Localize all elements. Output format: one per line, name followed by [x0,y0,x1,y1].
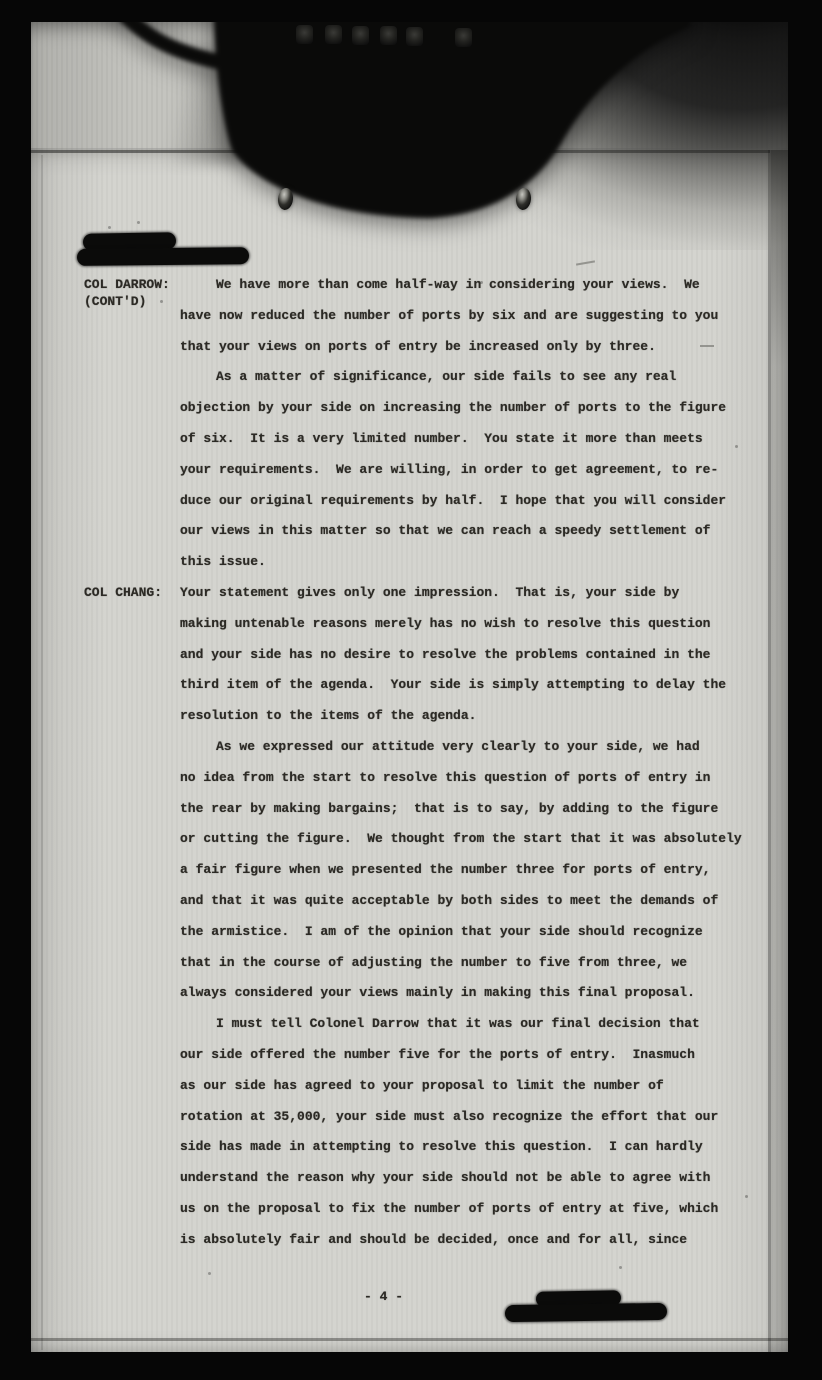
transcript-line: third item of the agenda. Your side is s… [180,676,726,693]
transcript-line: that in the course of adjusting the numb… [180,954,687,971]
transcript-line: a fair figure when we presented the numb… [180,861,711,878]
transcript-line: of six. It is a very limited number. You… [180,430,703,447]
transcript-line: As a matter of significance, our side fa… [216,368,676,385]
transcript-line: Your statement gives only one impression… [180,584,679,601]
transcript-line: that your views on ports of entry be inc… [180,338,656,355]
transcript-line: rotation at 35,000, your side must also … [180,1108,718,1125]
transcript-line: and your side has no desire to resolve t… [180,646,711,663]
photo-frame-right [788,0,822,1380]
transcript-line: making untenable reasons merely has no w… [180,615,711,632]
transcript-line: We have more than come half-way in consi… [216,276,700,293]
transcript-line: your requirements. We are willing, in or… [180,461,718,478]
transcript-line: our side offered the number five for the… [180,1046,695,1063]
photo-frame-left [0,0,31,1380]
transcript-line: or cutting the figure. We thought from t… [180,830,742,847]
page-number: - 4 - [364,1288,403,1305]
transcript-line: is absolutely fair and should be decided… [180,1231,687,1248]
transcript-line: have now reduced the number of ports by … [180,307,718,324]
transcript-line: I must tell Colonel Darrow that it was o… [216,1015,700,1032]
transcript-line: always considered your views mainly in m… [180,984,695,1001]
speaker-label: COL CHANG: [84,584,162,601]
text-layer: We have more than come half-way in consi… [0,0,822,1380]
transcript-line: this issue. [180,553,266,570]
speaker-label: COL DARROW: [84,276,170,293]
transcript-line: as our side has agreed to your proposal … [180,1077,664,1094]
transcript-line: the armistice. I am of the opinion that … [180,923,703,940]
transcript-line: duce our original requirements by half. … [180,492,726,509]
transcript-line: no idea from the start to resolve this q… [180,769,711,786]
transcript-line: the rear by making bargains; that is to … [180,800,718,817]
transcript-line: understand the reason why your side shou… [180,1169,711,1186]
transcript-line: our views in this matter so that we can … [180,522,711,539]
photo-frame-bottom [0,1352,822,1380]
transcript-line: resolution to the items of the agenda. [180,707,476,724]
transcript-line: side has made in attempting to resolve t… [180,1138,703,1155]
transcript-line: objection by your side on increasing the… [180,399,726,416]
transcript-line: us on the proposal to fix the number of … [180,1200,718,1217]
transcript-line: and that it was quite acceptable by both… [180,892,718,909]
transcript-line: As we expressed our attitude very clearl… [216,738,700,755]
scanned-document-photo: We have more than come half-way in consi… [0,0,822,1380]
speaker-continued-label: (CONT'D) [84,293,146,310]
